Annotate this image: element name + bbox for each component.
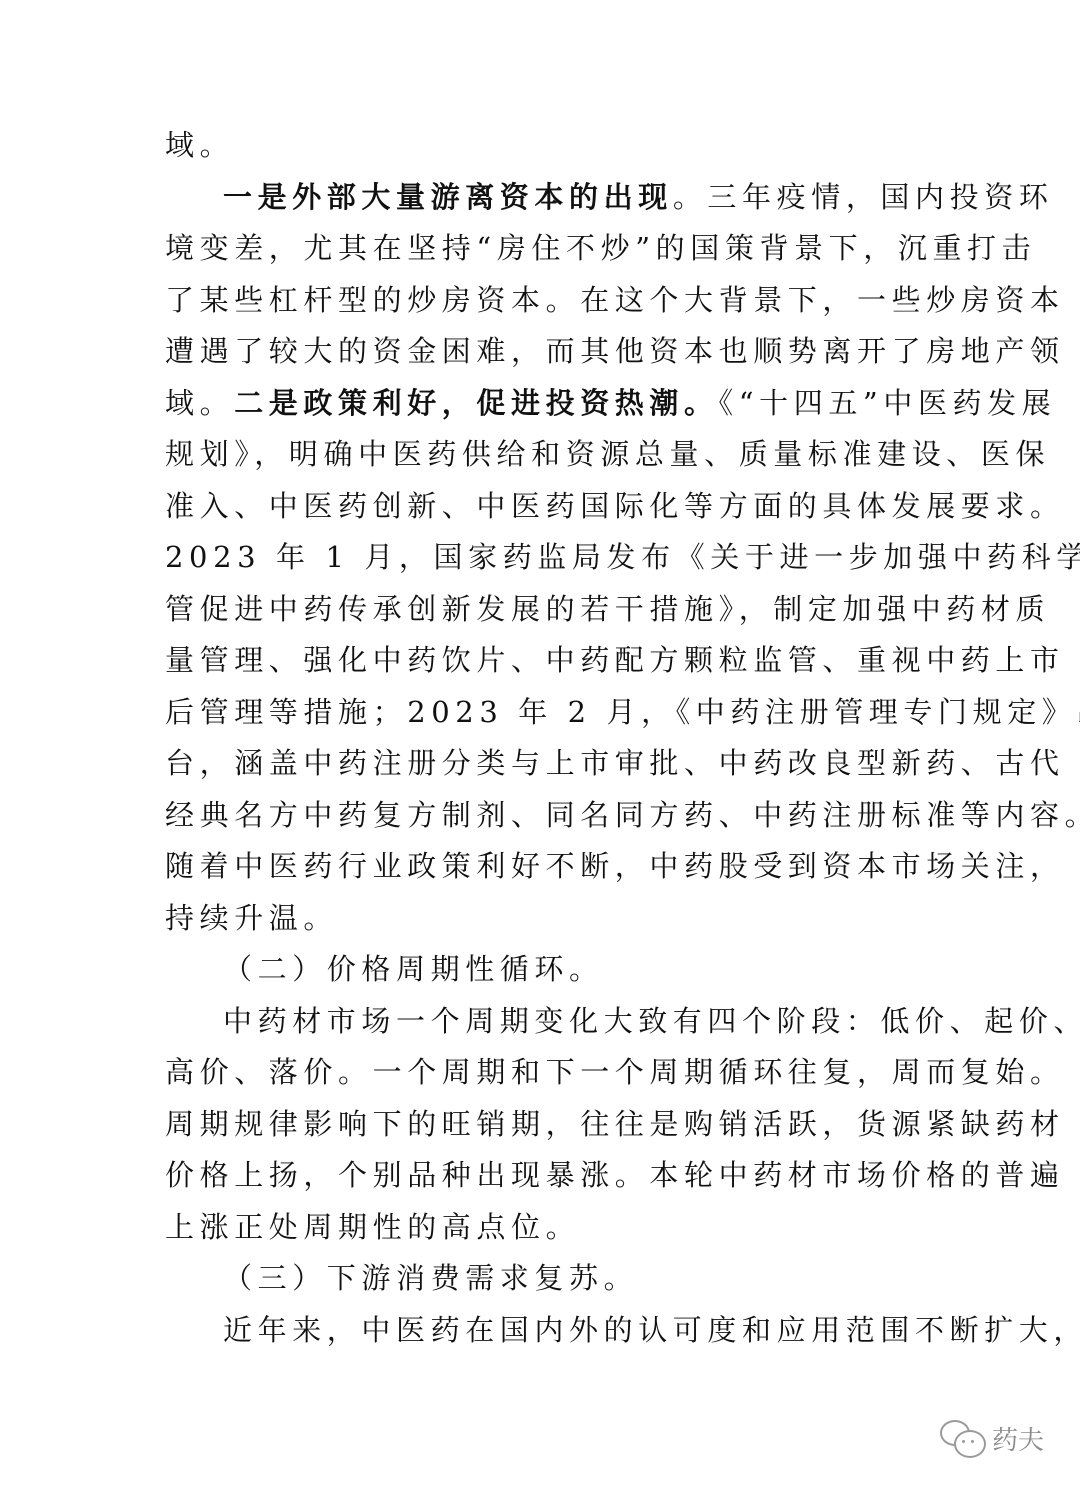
line-text: 规划》，明确中医药供给和资源总量、质量标准建设、医保 [165,437,1050,471]
text-line: 经典名方中药复方制剂、同名同方药、中药注册标准等内容。 [165,790,917,842]
text-line: 随着中医药行业政策利好不断，中药股受到资本市场关注， [165,841,917,893]
line-text: 后管理等措施；2023 年 2 月，《中药注册管理专门规定》出 [165,695,1080,729]
line-text: 周期规律影响下的旺销期，往往是购销活跃，货源紧缺药材 [165,1107,1065,1141]
text-line: 中药材市场一个周期变化大致有四个阶段：低价、起价、 [165,996,917,1048]
line-text: 管促进中药传承创新发展的若干措施》，制定加强中药材质 [165,592,1050,626]
line-text: 经典名方中药复方制剂、同名同方药、中药注册标准等内容。 [165,798,1080,832]
line-text: 遭遇了较大的资金困难，而其他资本也顺势离开了房地产领 [165,334,1065,368]
line-text: 域。 [165,128,234,162]
line-text: 近年来，中医药在国内外的认可度和应用范围不断扩大， [223,1313,1080,1347]
text-line: 量管理、强化中药饮片、中药配方颗粒监管、重视中药上市 [165,635,917,687]
text-line: 高价、落价。一个周期和下一个周期循环往复，周而复始。 [165,1047,917,1099]
text-line: 域。二是政策利好，促进投资热潮。《“十四五”中医药发展 [165,378,917,430]
text-line: 2023 年 1 月，国家药监局发布《关于进一步加强中药科学监 [165,532,917,584]
text-line: 周期规律影响下的旺销期，往往是购销活跃，货源紧缺药材 [165,1099,917,1151]
text-line: 管促进中药传承创新发展的若干措施》，制定加强中药材质 [165,584,917,636]
text-line: 后管理等措施；2023 年 2 月，《中药注册管理专门规定》出 [165,687,917,739]
line-text: 《“十四五”中医药发展 [719,386,1057,420]
line-text: 价格上扬，个别品种出现暴涨。本轮中药材市场价格的普遍 [165,1158,1065,1192]
line-text: （三）下游消费需求复苏。 [223,1261,638,1295]
text-line: 一是外部大量游离资本的出现。三年疫情，国内投资环 [165,172,917,224]
text-line: 域。 [165,120,917,172]
document-page: 域。 一是外部大量游离资本的出现。三年疫情，国内投资环 境变差，尤其在坚持“房住… [165,120,917,1356]
line-text: 上涨正处周期性的高点位。 [165,1210,580,1244]
text-line: 准入、中医药创新、中医药国际化等方面的具体发展要求。 [165,481,917,533]
line-text: （二）价格周期性循环。 [223,952,604,986]
line-text: 随着中医药行业政策利好不断，中药股受到资本市场关注， [165,849,1065,883]
wechat-icon [940,1418,986,1458]
section-heading-2: （二）价格周期性循环。 [165,944,917,996]
line-text: 量管理、强化中药饮片、中药配方颗粒监管、重视中药上市 [165,643,1065,677]
text-line: 台，涵盖中药注册分类与上市审批、中药改良型新药、古代 [165,738,917,790]
watermark-label: 药夫 [992,1420,1044,1457]
point-heading-1: 一是外部大量游离资本的出现 [223,180,673,214]
text-line: 了某些杠杆型的炒房资本。在这个大背景下，一些炒房资本 [165,275,917,327]
text-line: 境变差，尤其在坚持“房住不炒”的国策背景下，沉重打击 [165,223,917,275]
text-line: 持续升温。 [165,893,917,945]
text-line: 上涨正处周期性的高点位。 [165,1202,917,1254]
point-heading-2: 二是政策利好，促进投资热潮。 [234,386,718,420]
text-line: 价格上扬，个别品种出现暴涨。本轮中药材市场价格的普遍 [165,1150,917,1202]
line-text: 境变差，尤其在坚持“房住不炒”的国策背景下，沉重打击 [165,231,1036,265]
line-text: 中药材市场一个周期变化大致有四个阶段：低价、起价、 [223,1004,1080,1038]
line-text: 。三年疫情，国内投资环 [673,180,1054,214]
line-text: 域。 [165,386,234,420]
text-line: 规划》，明确中医药供给和资源总量、质量标准建设、医保 [165,429,917,481]
watermark: 药夫 [940,1418,1044,1458]
line-text: 高价、落价。一个周期和下一个周期循环往复，周而复始。 [165,1055,1065,1089]
line-text: 了某些杠杆型的炒房资本。在这个大背景下，一些炒房资本 [165,283,1065,317]
section-heading-3: （三）下游消费需求复苏。 [165,1253,917,1305]
line-text: 持续升温。 [165,901,338,935]
line-text: 台，涵盖中药注册分类与上市审批、中药改良型新药、古代 [165,746,1065,780]
text-line: 遭遇了较大的资金困难，而其他资本也顺势离开了房地产领 [165,326,917,378]
line-text: 准入、中医药创新、中医药国际化等方面的具体发展要求。 [165,489,1065,523]
line-text: 2023 年 1 月，国家药监局发布《关于进一步加强中药科学监 [165,540,1080,574]
text-line: 近年来，中医药在国内外的认可度和应用范围不断扩大， [165,1305,917,1357]
